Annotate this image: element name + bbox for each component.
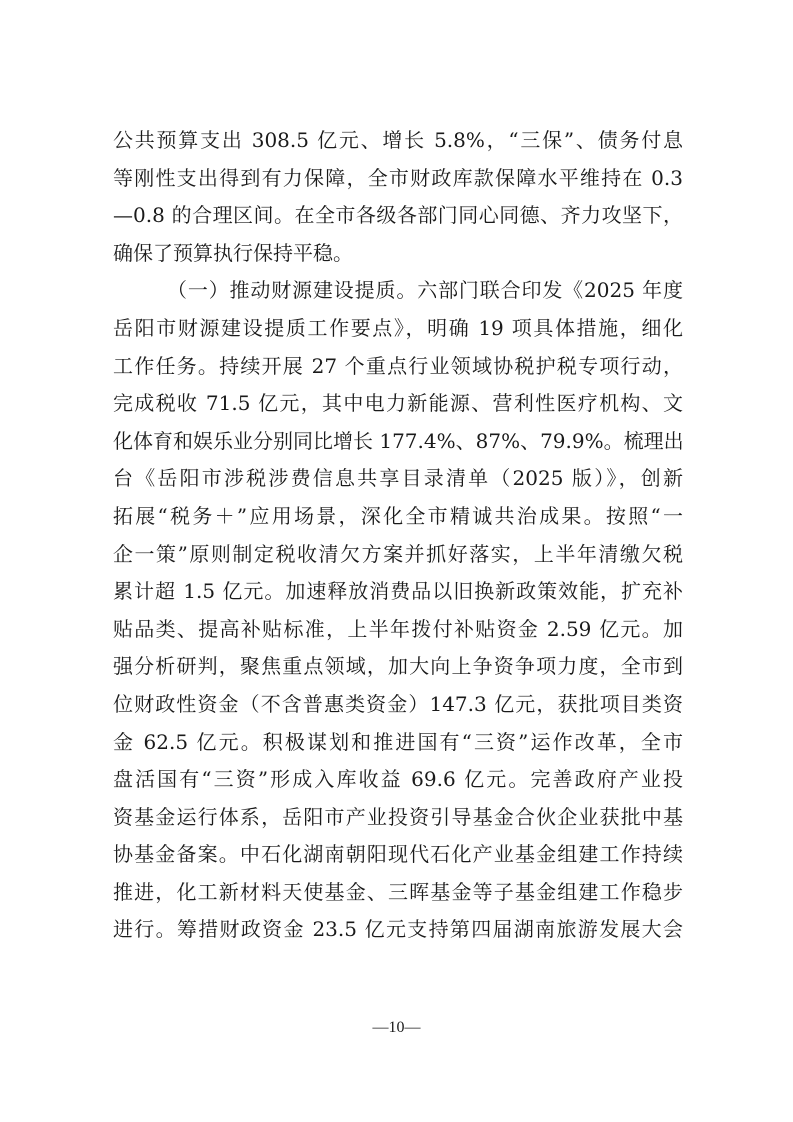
- text-line: 金 62.5 亿元。积极谋划和推进国有“三资”运作改革，全市: [113, 724, 683, 762]
- text-line: 确保了预算执行保持平稳。: [113, 235, 683, 273]
- text-line: 贴品类、提高补贴标准，上半年拨付补贴资金 2.59 亿元。加: [113, 611, 683, 649]
- text-line: 岳阳市财源建设提质工作要点》，明确 19 项具体措施，细化: [113, 310, 683, 348]
- text-line: 资基金运行体系，岳阳市产业投资引导基金合伙企业获批中基: [113, 799, 683, 837]
- text-line: 进行。筹措财政资金 23.5 亿元支持第四届湖南旅游发展大会: [113, 911, 683, 949]
- text-line: 完成税收 71.5 亿元，其中电力新能源、营利性医疗机构、文: [113, 385, 683, 423]
- text-line: 协基金备案。中石化湖南朝阳现代石化产业基金组建工作持续: [113, 836, 683, 874]
- document-page: 公共预算支出 308.5 亿元、增长 5.8%，“三保”、债务付息 等刚性支出得…: [0, 0, 793, 1122]
- text-line: 累计超 1.5 亿元。加速释放消费品以旧换新政策效能，扩充补: [113, 573, 683, 611]
- text-line: —0.8 的合理区间。在全市各级各部门同心同德、齐力攻坚下，: [113, 197, 683, 235]
- text-line: 等刚性支出得到有力保障，全市财政库款保障水平维持在 0.3: [113, 160, 683, 198]
- text-line: 化体育和娱乐业分别同比增长 177.4%、87%、79.9%。梳理出: [113, 423, 683, 461]
- text-line: 位财政性资金（不含普惠类资金）147.3 亿元，获批项目类资: [113, 686, 683, 724]
- text-line: 盘活国有“三资”形成入库收益 69.6 亿元。完善政府产业投: [113, 761, 683, 799]
- text-line: 公共预算支出 308.5 亿元、增长 5.8%，“三保”、债务付息: [113, 122, 683, 160]
- text-line: 强分析研判，聚焦重点领域，加大向上争资争项力度，全市到: [113, 648, 683, 686]
- page-number: —10—: [0, 1019, 793, 1037]
- body-text: 公共预算支出 308.5 亿元、增长 5.8%，“三保”、债务付息 等刚性支出得…: [113, 122, 683, 949]
- section-heading-line: （一）推动财源建设提质。六部门联合印发《2025 年度: [113, 272, 683, 310]
- text-line: 推进，化工新材料天使基金、三晖基金等子基金组建工作稳步: [113, 874, 683, 912]
- text-line: 工作任务。持续开展 27 个重点行业领域协税护税专项行动，: [113, 348, 683, 386]
- text-line: 拓展“税务＋”应用场景，深化全市精诚共治成果。按照“一: [113, 498, 683, 536]
- text-line: 企一策”原则制定税收清欠方案并抓好落实，上半年清缴欠税: [113, 536, 683, 574]
- text-line: 台《岳阳市涉税涉费信息共享目录清单（2025 版）》，创新: [113, 460, 683, 498]
